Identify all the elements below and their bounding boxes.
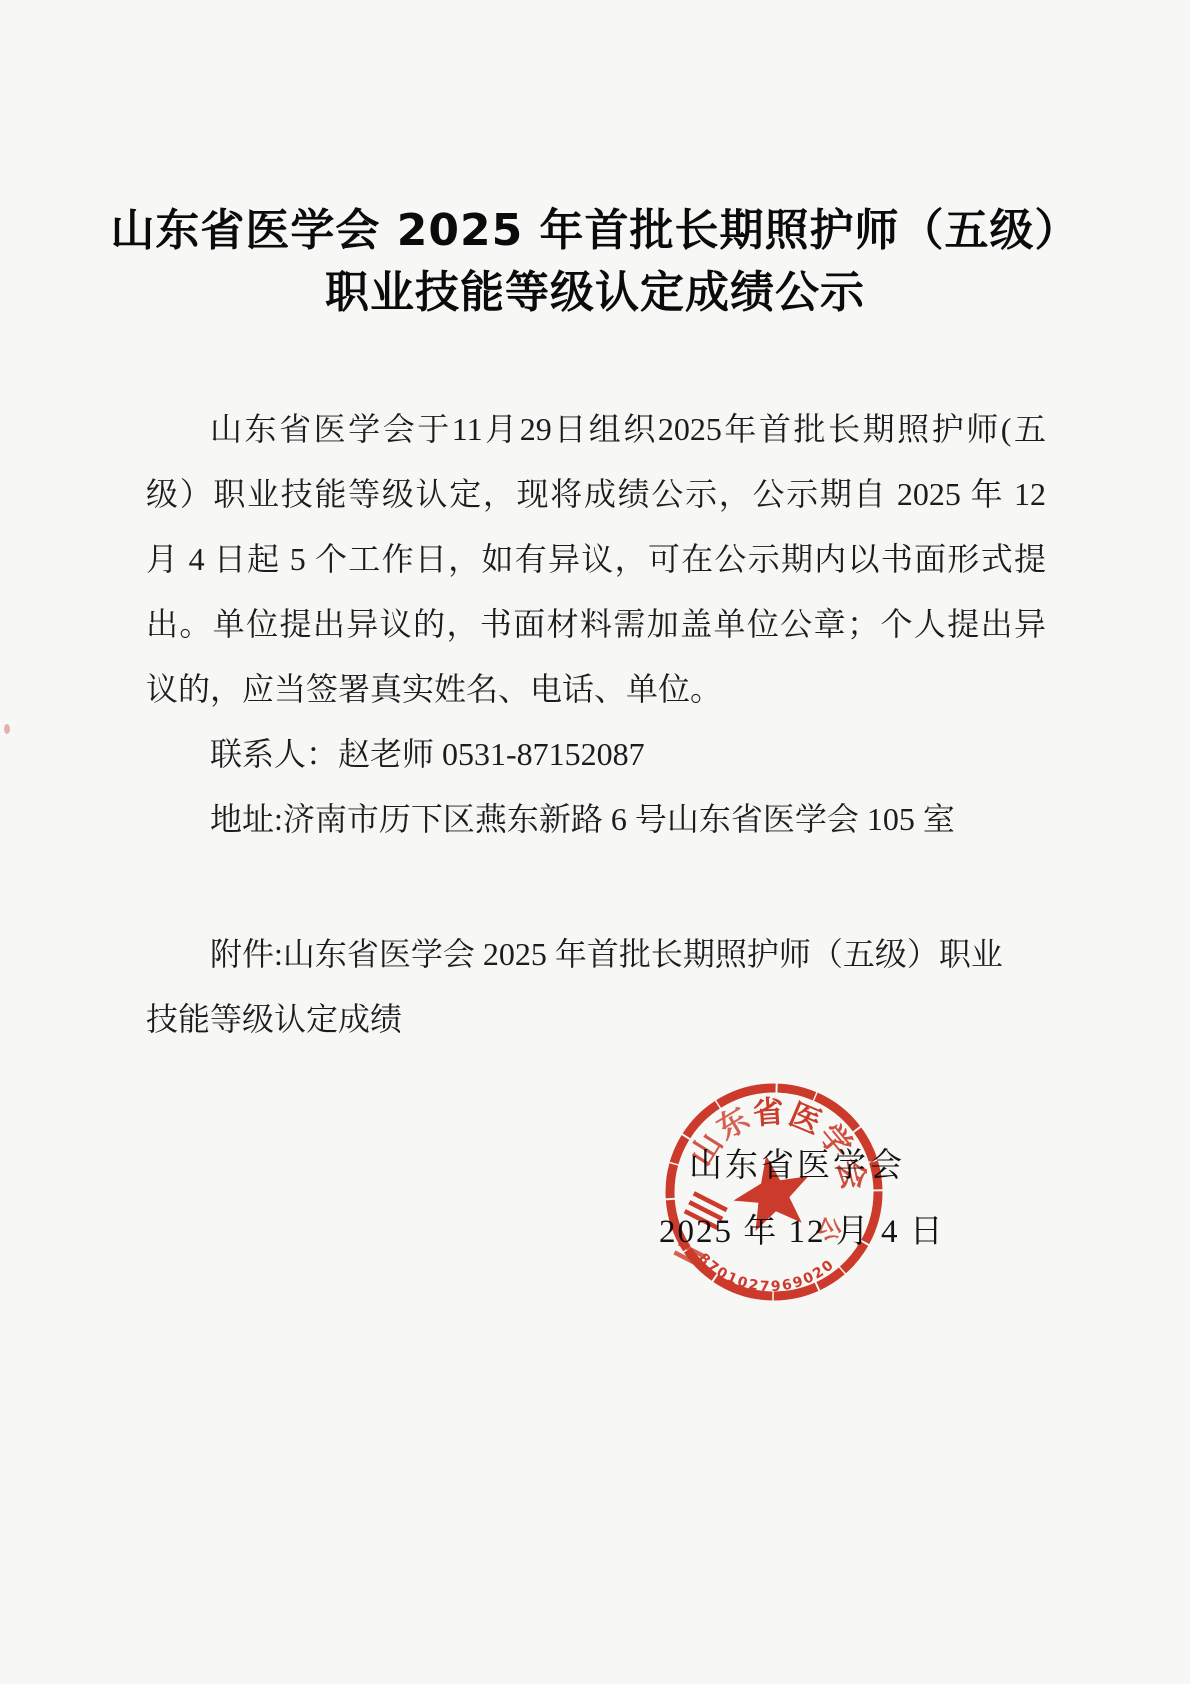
document-page: 山东省医学会 2025 年首批长期照护师（五级） 职业技能等级认定成绩公示 山东…	[0, 0, 1190, 1684]
paragraph-line: 议的，应当签署真实姓名、电话、单位。	[146, 657, 1046, 722]
paragraph-line: 出。单位提出异议的，书面材料需加盖单位公章；个人提出异	[146, 592, 1046, 657]
paragraph-line: 级）职业技能等级认定，现将成绩公示，公示期自 2025 年 12	[146, 462, 1046, 527]
seal-arc-char: 省	[752, 1094, 785, 1132]
page-title-line-2: 职业技能等级认定成绩公示	[0, 262, 1190, 324]
page-title-line-1: 山东省医学会 2025 年首批长期照护师（五级）	[0, 200, 1190, 262]
contact-line: 联系人：赵老师 0531-87152087	[146, 722, 1046, 787]
seal-arc-char: 会	[830, 1155, 872, 1193]
attachment-line-1: 附件:山东省医学会 2025 年首批长期照护师（五级）职业	[146, 922, 1046, 987]
paragraph-line: 月 4 日起 5 个工作日，如有异议，可在公示期内以书面形式提	[146, 527, 1046, 592]
official-seal: 山 东 省 医 学 会 公 8701027969020	[661, 1079, 891, 1309]
scan-artifact-dot	[4, 724, 10, 734]
page-title: 山东省医学会 2025 年首批长期照护师（五级） 职业技能等级认定成绩公示	[0, 200, 1190, 324]
paragraph-line: 山东省医学会于11月29日组织2025年首批长期照护师(五	[146, 397, 1046, 462]
address-line: 地址:济南市历下区燕东新路 6 号山东省医学会 105 室	[146, 787, 1046, 852]
seal-inner-char: 公	[811, 1212, 847, 1246]
attachment-line-2: 技能等级认定成绩	[146, 987, 1046, 1052]
body-text: 山东省医学会于11月29日组织2025年首批长期照护师(五 级）职业技能等级认定…	[146, 397, 1046, 1052]
seal-star-icon	[733, 1156, 808, 1231]
blank-line	[146, 852, 1046, 922]
